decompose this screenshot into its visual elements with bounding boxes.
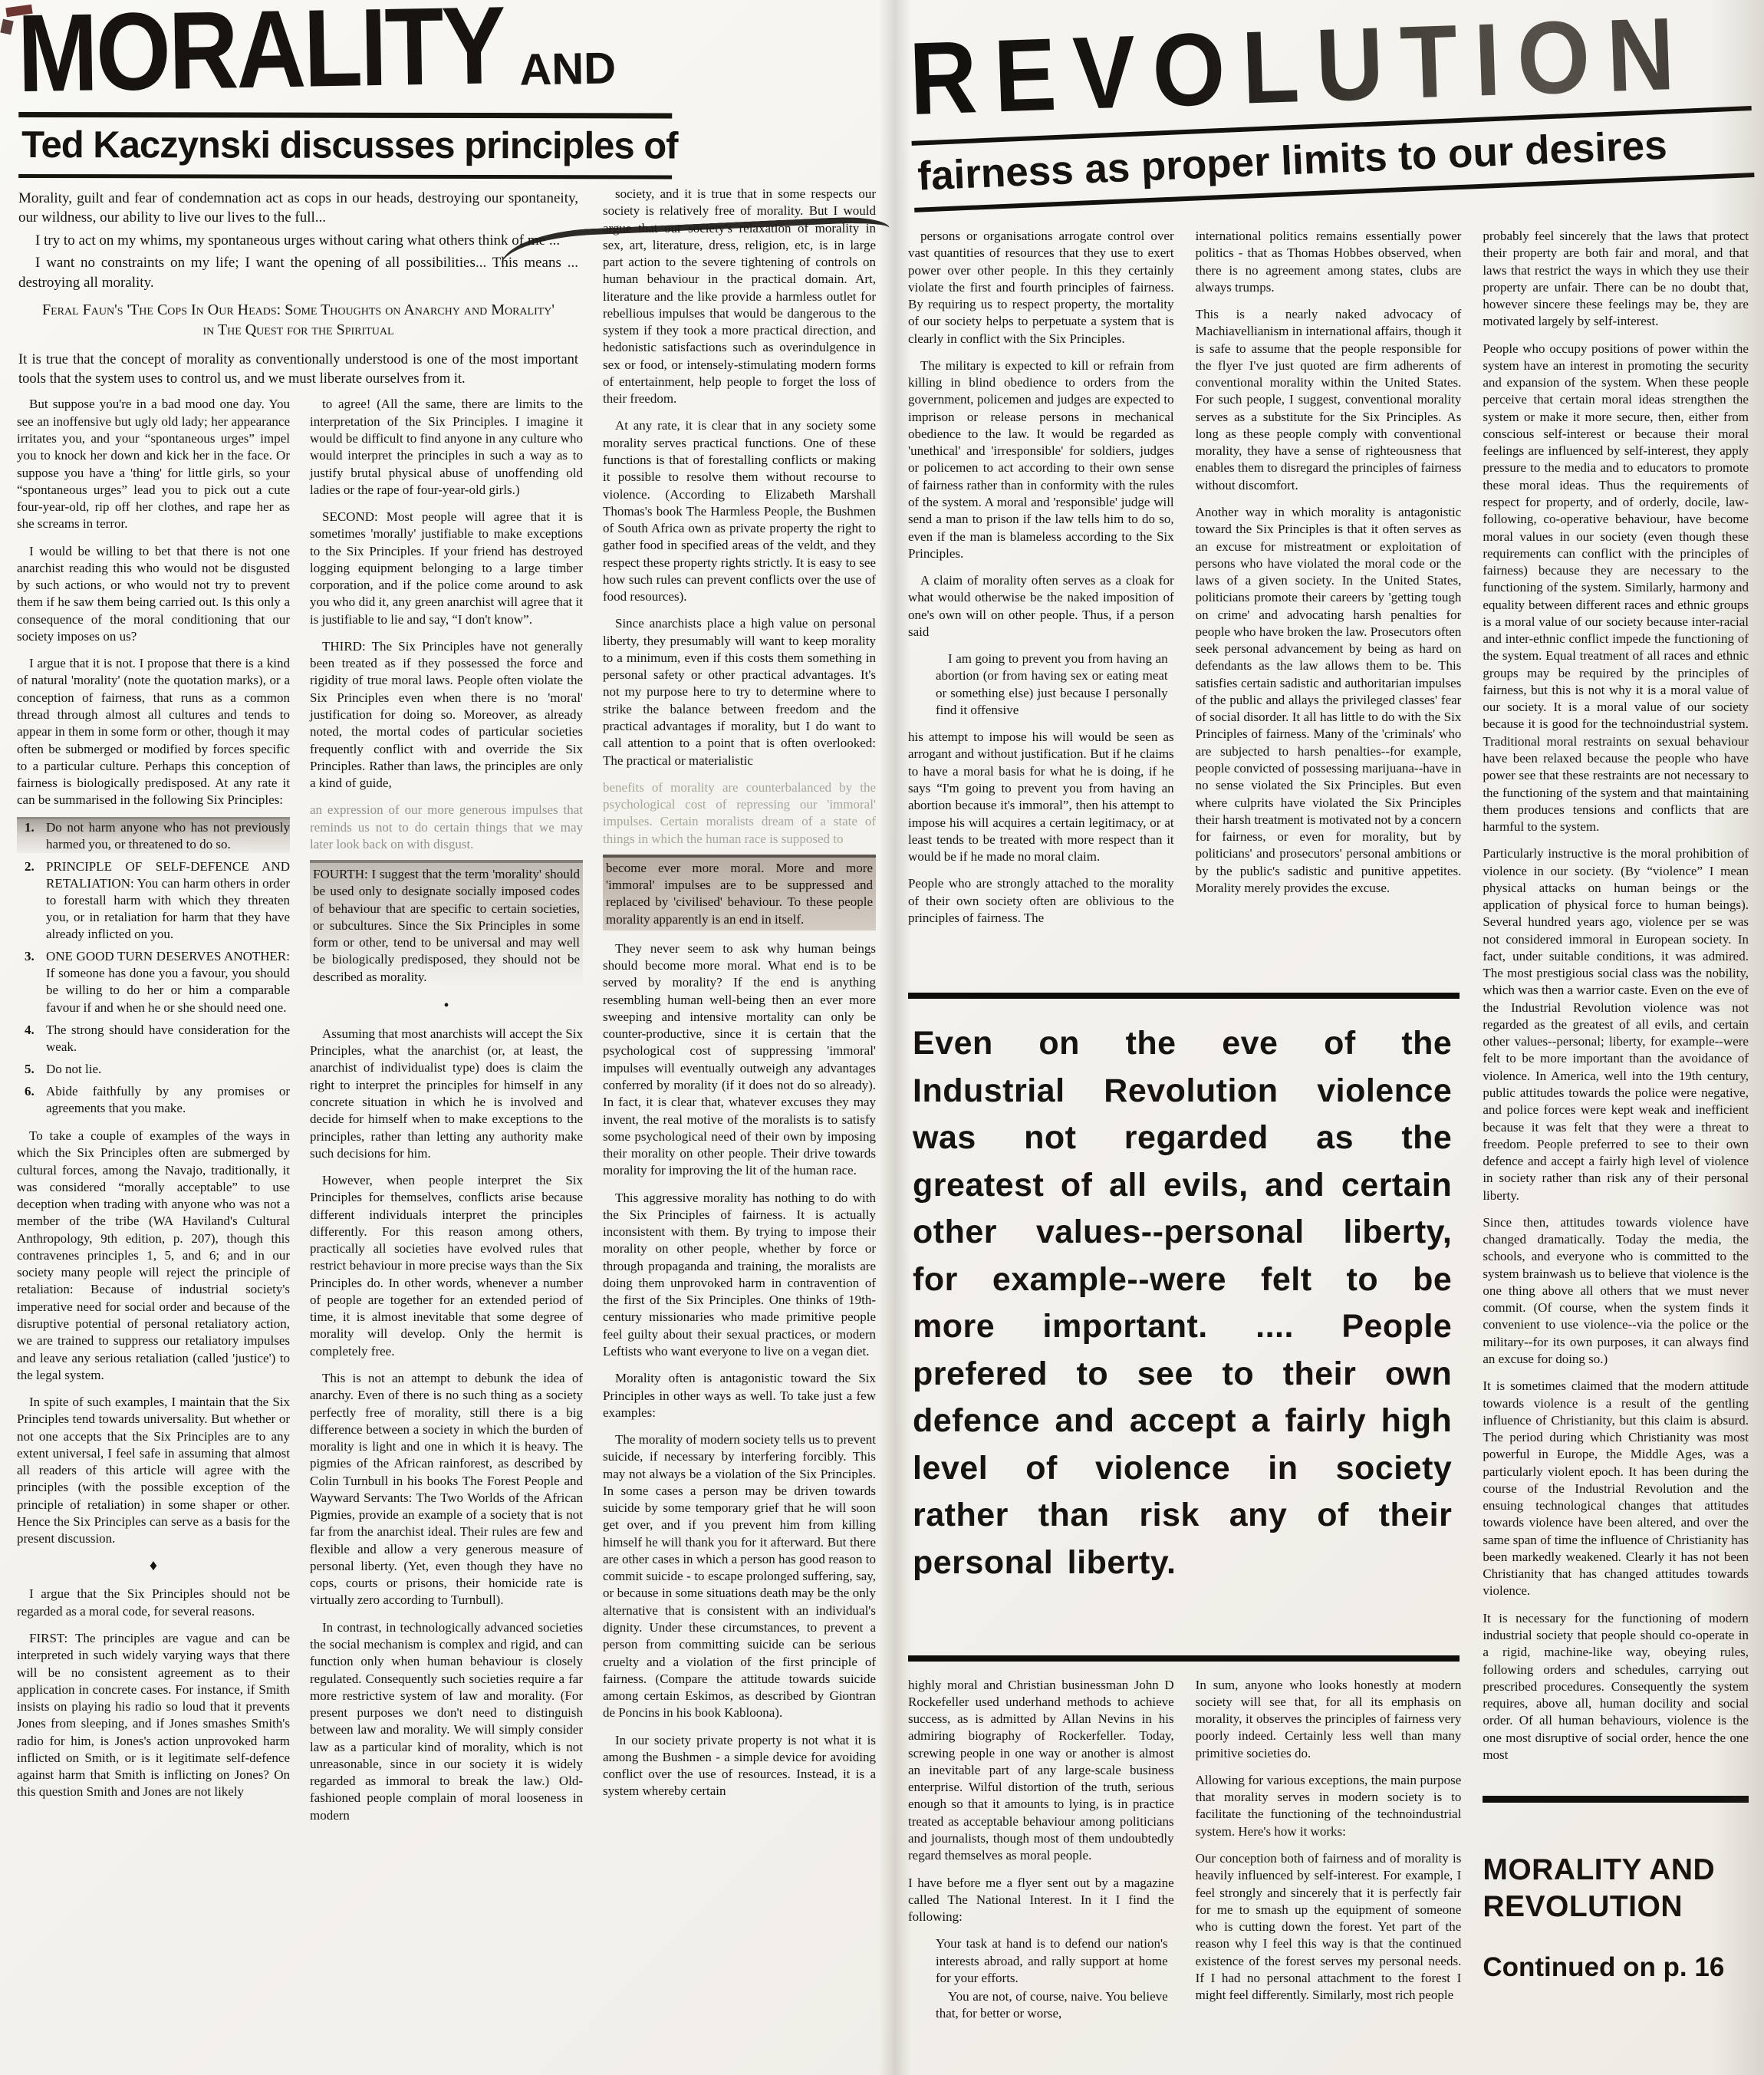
left-column-1: But suppose you're in a bad mood one day… (17, 396, 290, 2075)
paragraph: SECOND: Most people will agree that it i… (310, 509, 583, 628)
principle-item: Do not harm anyone who has not previousl… (17, 819, 290, 853)
right-column-2-top: international politics remains essential… (1196, 228, 1462, 979)
paragraph: It is sometimes claimed that the modern … (1483, 1378, 1749, 1599)
highlighted-paragraph: become ever more moral. More and more 'i… (603, 858, 876, 930)
rcol3-paragraphs: probably feel sincerely that the laws th… (1483, 228, 1749, 1774)
footer-article-title: MORALITY AND REVOLUTION (1483, 1852, 1749, 1927)
right-page: REVOLUTION fairness as proper limits to … (888, 0, 1764, 2075)
col3-bottom-paragraphs: They never seem to ask why human beings … (603, 940, 876, 1800)
page-title-morality: MORALITY (17, 0, 505, 109)
epigraph-block: Morality, guilt and fear of condemnation… (17, 186, 583, 396)
quote-paragraph: You are not, of course, naive. You belie… (936, 1988, 1168, 2023)
right-page-header: REVOLUTION fairness as proper limits to … (908, 9, 1754, 212)
rcol2-bottom-paragraphs: In sum, anyone who looks honestly at mod… (1196, 1677, 1462, 2004)
section-divider-icon: ♦ (17, 1557, 290, 1575)
right-column-1-bottom: highly moral and Christian businessman J… (908, 1677, 1174, 2075)
epigraph-paragraph: I want no constraints on my life; I want… (18, 253, 578, 292)
col2-top-paragraphs: to agree! (All the same, there are limit… (310, 396, 583, 792)
paragraph: highly moral and Christian businessman J… (908, 1677, 1174, 1865)
paragraph: To take a couple of examples of the ways… (17, 1128, 290, 1384)
six-principles-list: Do not harm anyone who has not previousl… (17, 819, 290, 1118)
paragraph: People who are strongly attached to the … (908, 875, 1174, 927)
indented-quote: Your task at hand is to defend our natio… (936, 1935, 1168, 2022)
left-subtitle: Ted Kaczynski discusses principles of (21, 124, 669, 167)
paragraph: In contrast, in technologically advanced… (310, 1619, 583, 1824)
paragraph: to agree! (All the same, there are limit… (310, 396, 583, 499)
paragraph: persons or organisations arrogate contro… (908, 228, 1174, 347)
rcol2-top-paragraphs: international politics remains essential… (1196, 228, 1462, 897)
faded-paragraph: benefits of morality are counterbalanced… (603, 779, 876, 848)
principle-item: Do not lie. (17, 1061, 290, 1078)
paragraph: This is a nearly naked advocacy of Machi… (1196, 306, 1462, 494)
left-column-3: society, and it is true that in some res… (603, 186, 876, 2075)
paragraph: Since then, attitudes towards violence h… (1483, 1214, 1749, 1368)
paragraph: It is necessary for the functioning of m… (1483, 1610, 1749, 1764)
faded-paragraph: an expression of our more generous impul… (310, 802, 583, 853)
quote-paragraph: Your task at hand is to defend our natio… (936, 1935, 1168, 1987)
paragraph: I argue that it is not. I propose that t… (17, 655, 290, 809)
col1-mid-paragraphs: To take a couple of examples of the ways… (17, 1128, 290, 1547)
section-divider-icon: • (310, 997, 583, 1015)
left-column-2: to agree! (All the same, there are limit… (310, 396, 583, 2075)
paragraph: A claim of morality often serves as a cl… (908, 572, 1174, 641)
paragraph: society, and it is true that in some res… (603, 186, 876, 407)
paragraph: Morality often is antagonistic toward th… (603, 1370, 876, 1421)
paragraph: his attempt to impose his will would be … (908, 729, 1174, 865)
left-subtitle-bar: Ted Kaczynski discusses principles of (18, 112, 672, 179)
paragraph: I argue that the Six Principles should n… (17, 1586, 290, 1620)
continuation-footer: MORALITY AND REVOLUTION Continued on p. … (1483, 1796, 1749, 2075)
paragraph: THIRD: The Six Principles have not gener… (310, 638, 583, 792)
paragraph: This aggressive morality has nothing to … (603, 1190, 876, 1361)
paragraph: At any rate, it is clear that in any soc… (603, 417, 876, 605)
paragraph: But suppose you're in a bad mood one day… (17, 396, 290, 532)
footer-continued-note: Continued on p. 16 (1483, 1952, 1749, 1983)
col2-bottom-paragraphs: Assuming that most anarchists will accep… (310, 1026, 583, 1824)
col1-bottom-paragraphs: I argue that the Six Principles should n… (17, 1586, 290, 1800)
paragraph: They never seem to ask why human beings … (603, 940, 876, 1180)
principle-item: ONE GOOD TURN DESERVES ANOTHER: If someo… (17, 948, 290, 1016)
left-page-body: Morality, guilt and fear of condemnation… (17, 186, 876, 2075)
quote-paragraph: I am going to prevent you from having an… (936, 650, 1168, 719)
paragraph: Another way in which morality is antagon… (1196, 504, 1462, 897)
epigraph-paragraph: I try to act on my whims, my spontaneous… (18, 231, 578, 250)
paragraph: However, when people interpret the Six P… (310, 1172, 583, 1360)
paragraph: The morality of modern society tells us … (603, 1431, 876, 1722)
paragraph: In sum, anyone who looks honestly at mod… (1196, 1677, 1462, 1762)
paragraph: Particularly instructive is the moral pr… (1483, 845, 1749, 1204)
intro-paragraph: It is true that the concept of morality … (18, 351, 578, 388)
right-column-3: probably feel sincerely that the laws th… (1483, 228, 1749, 2075)
paragraph: Our conception both of fairness and of m… (1196, 1850, 1462, 2004)
paragraph: international politics remains essential… (1196, 228, 1462, 296)
rcol1-top-paragraphs: persons or organisations arrogate contro… (908, 228, 1174, 641)
right-column-2-bottom: In sum, anyone who looks honestly at mod… (1196, 1677, 1462, 2075)
page-title-and: AND (519, 42, 617, 95)
paragraph: Since anarchists place a high value on p… (603, 615, 876, 769)
left-page: MORALITY AND Ted Kaczynski discusses pri… (0, 0, 888, 2075)
paragraph: I would be willing to bet that there is … (17, 543, 290, 646)
pull-quote: Even on the eve of the Industrial Revolu… (908, 993, 1460, 1661)
left-page-header: MORALITY AND Ted Kaczynski discusses pri… (17, 0, 879, 178)
paragraph-fourth: FOURTH: I suggest that the term 'moralit… (310, 863, 583, 987)
principle-item: The strong should have consideration for… (17, 1022, 290, 1056)
footer-rule (1483, 1796, 1749, 1803)
scanned-two-page-spread: MORALITY AND Ted Kaczynski discusses pri… (0, 0, 1764, 2075)
epigraph-paragraph: Morality, guilt and fear of condemnation… (18, 189, 578, 228)
paragraph: People who occupy positions of power wit… (1483, 341, 1749, 836)
paragraph: Assuming that most anarchists will accep… (310, 1026, 583, 1162)
paragraph: probably feel sincerely that the laws th… (1483, 228, 1749, 331)
rcol1-bottom-paragraphs: highly moral and Christian businessman J… (908, 1677, 1174, 1926)
principle-item: PRINCIPLE OF SELF-DEFENCE AND RETALIATIO… (17, 858, 290, 943)
paragraph: In our society private property is not w… (603, 1732, 876, 1800)
indented-quote: I am going to prevent you from having an… (936, 650, 1168, 719)
right-page-body: persons or organisations arrogate contro… (908, 228, 1749, 2075)
paragraph: Allowing for various exceptions, the mai… (1196, 1772, 1462, 1840)
epigraph-attribution: Feral Faun's 'The Cops In Our Heads: Som… (41, 300, 555, 340)
rcol1-mid-paragraphs: his attempt to impose his will would be … (908, 729, 1174, 927)
paragraph: In spite of such examples, I maintain th… (17, 1394, 290, 1547)
paragraph: I have before me a flyer sent out by a m… (908, 1875, 1174, 1926)
right-column-1-top: persons or organisations arrogate contro… (908, 228, 1174, 979)
paragraph: The military is expected to kill or refr… (908, 357, 1174, 562)
principle-item: Abide faithfully by any promises or agre… (17, 1083, 290, 1117)
col3-top-paragraphs: society, and it is true that in some res… (603, 186, 876, 769)
paragraph: FIRST: The principles are vague and can … (17, 1630, 290, 1801)
col1-top-paragraphs: But suppose you're in a bad mood one day… (17, 396, 290, 809)
paragraph: This is not an attempt to debunk the ide… (310, 1370, 583, 1609)
